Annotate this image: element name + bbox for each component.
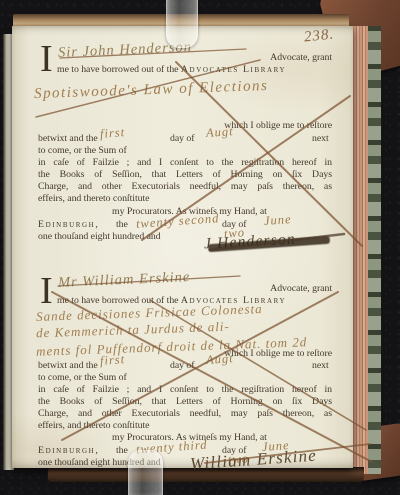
edinburgh-label: Edinburgh, [38, 445, 99, 457]
book-title: Spotiswoode's Law of Elections [34, 78, 269, 103]
restore-line: which I oblige me to reſtore [224, 348, 332, 360]
failzie-line-4: effeirs, and thereto conſtitute [38, 193, 149, 205]
next-label: next [312, 360, 329, 372]
clip-top [166, 0, 198, 48]
advocate-grant-line: Advocate, grant [270, 52, 332, 64]
sum-line: to come, or the Sum of [38, 372, 127, 384]
borrowed-prefix: me to have borrowed out of the [57, 64, 178, 75]
clip-bottom [128, 450, 163, 495]
betwixt-label: betwixt and the [38, 133, 98, 145]
the-label: the [116, 219, 128, 231]
day-of-label: day of [170, 133, 194, 145]
thousand-line: one thouſand eight hundred and [38, 231, 161, 243]
marbled-board-edge [368, 26, 381, 474]
day-of-label: day of [170, 360, 194, 372]
edinburgh-label: Edinburgh, [38, 219, 99, 231]
book-page: 238. I Sir John Henderson Advocate, gran… [12, 26, 353, 468]
due-day: first [100, 352, 126, 369]
betwixt-label: betwixt and the [38, 360, 98, 372]
failzie-line-1: in caſe of Failzie ; and I conſent to th… [38, 157, 332, 169]
page-number: 238. [303, 26, 335, 46]
advocate-grant-line: Advocate, grant [270, 283, 332, 295]
failzie-line-3: Charge, and other Executorials needful, … [38, 408, 332, 420]
library-name: Advocates Library [181, 64, 286, 75]
signed-month: June [264, 212, 293, 229]
the-label: the [116, 445, 128, 457]
borrower-name: Mr William Erskine [58, 269, 191, 292]
failzie-line-2: the Books of Seſſion, that Letters of Ho… [38, 169, 332, 181]
due-month: Augt [206, 351, 235, 368]
drop-cap-initial: I [40, 44, 53, 74]
failzie-line-4: effeirs, and thereto conſtitute [38, 420, 149, 432]
photo-background: { "photo": { "page_number": "238." }, "c… [0, 0, 400, 495]
failzie-line-1: in caſe of Failzie ; and I conſent to th… [38, 384, 332, 396]
drop-cap-initial: I [40, 276, 53, 306]
sum-line: to come, or the Sum of [38, 145, 127, 157]
due-day: first [100, 125, 126, 142]
failzie-line-2: the Books of Seſſion, that Letters of Ho… [38, 396, 332, 408]
next-label: next [312, 133, 329, 145]
borrowed-line: me to have borrowed out of the Advocates… [57, 64, 332, 76]
restore-line: which I oblige me to reſtore [224, 120, 332, 132]
due-month: Augt [206, 124, 235, 141]
failzie-line-3: Charge, and other Executorials needful, … [38, 181, 332, 193]
